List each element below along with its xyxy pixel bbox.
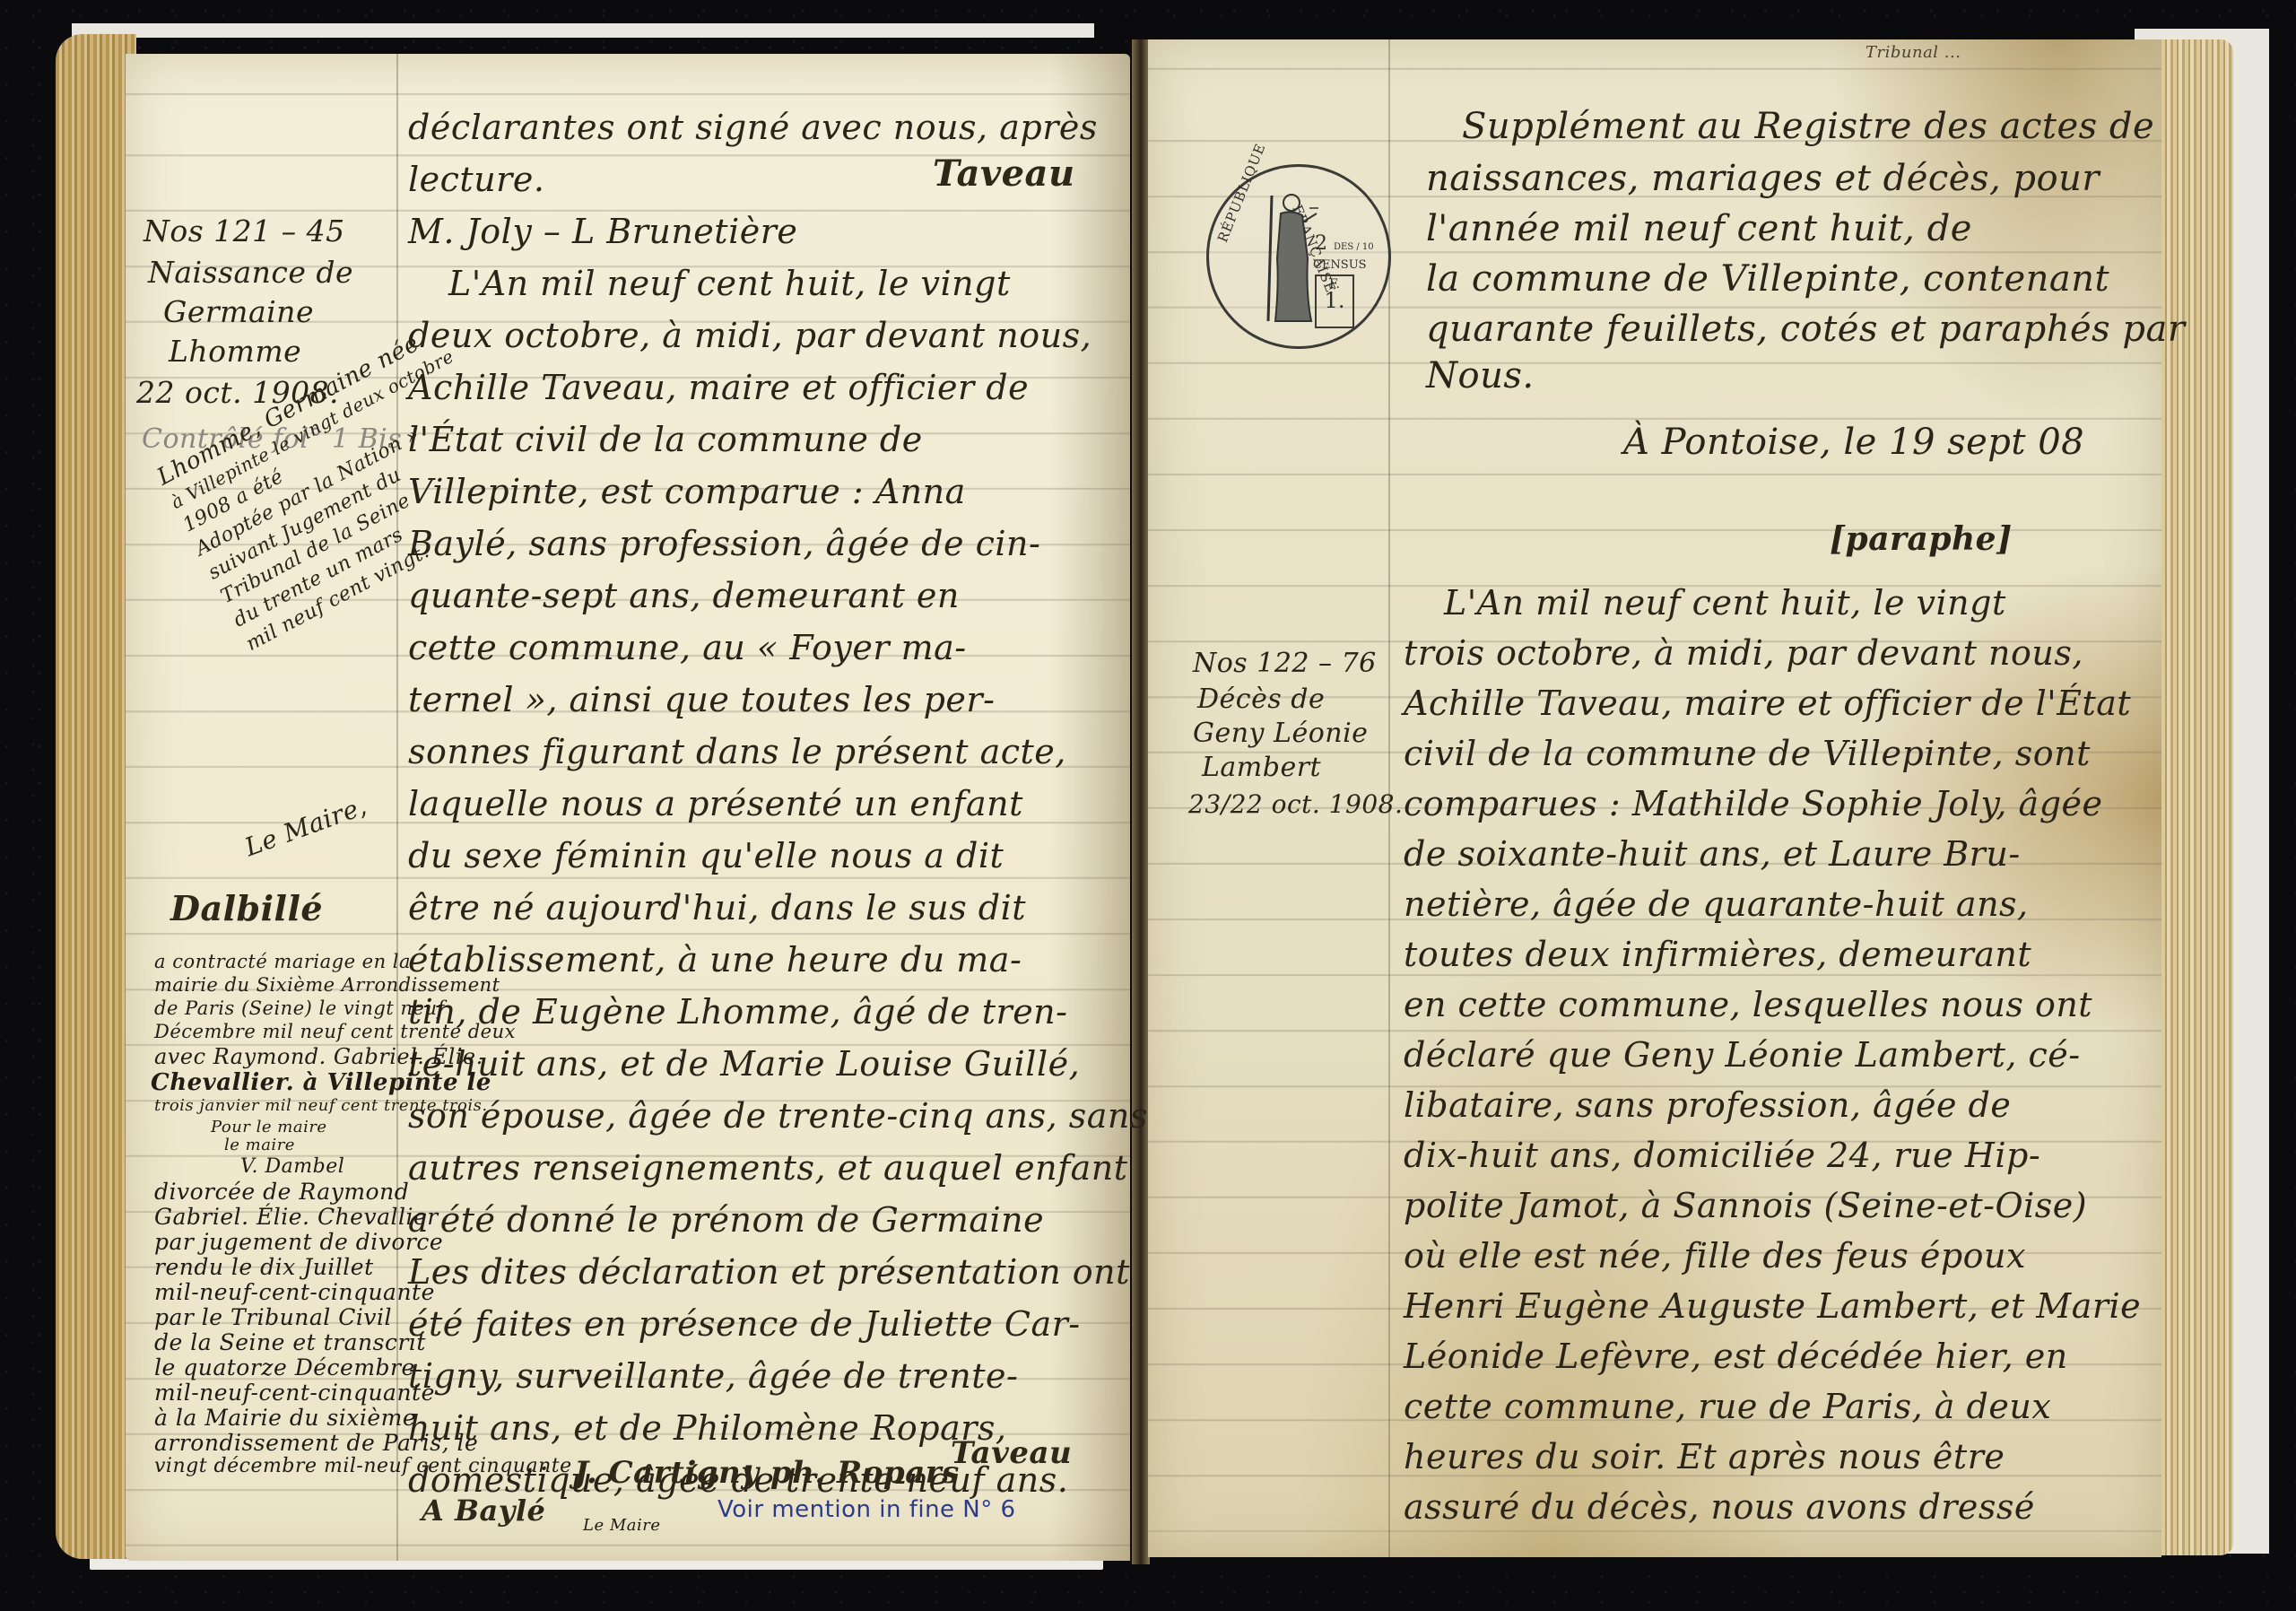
marriage-line: avec Raymond. Gabriel. Élie. xyxy=(154,1044,483,1069)
body-line: libataire, sans profession, âgée de xyxy=(1404,1085,2011,1125)
body-line: été faites en présence de Juliette Car- xyxy=(408,1304,1081,1344)
body-line: sonnes figurant dans le présent acte, xyxy=(408,732,1066,771)
body-line: où elle est née, fille des feus époux xyxy=(1404,1236,2026,1276)
body-line: toutes deux infirmières, demeurant xyxy=(1404,935,2031,974)
body-line: comparues : Mathilde Sophie Joly, âgée xyxy=(1404,784,2103,823)
divorce-line: divorcée de Raymond xyxy=(154,1179,409,1205)
divorce-line: vingt décembre mil-neuf cent cinquante xyxy=(154,1455,572,1477)
body-line: netière, âgée de quarante-huit ans, xyxy=(1404,884,2029,924)
divorce-line: de la Seine et transcrit xyxy=(154,1329,426,1355)
body-line: son épouse, âgée de trente-cinq ans, san… xyxy=(408,1096,1148,1136)
body-line: heures du soir. Et après nous être xyxy=(1404,1437,2005,1476)
place-and-date: À Pontoise, le 19 sept 08 xyxy=(1623,422,2084,463)
body-line: déclaré que Geny Léonie Lambert, cé- xyxy=(1404,1035,2081,1075)
margin-entry-first-name: Geny Léonie xyxy=(1193,718,1368,749)
body-line: Léonide Lefèvre, est décédée hier, en xyxy=(1404,1337,2068,1376)
marriage-line: Décembre mil neuf cent trente deux xyxy=(154,1021,516,1042)
body-line: être né aujourd'hui, dans le sus dit xyxy=(408,888,1026,927)
body-line: Les dites déclaration et présentation on… xyxy=(408,1252,1130,1292)
body-line: autres renseignements, et auquel enfant xyxy=(408,1148,1128,1188)
signature-witnesses: J. Cartigny ph. Ropars xyxy=(574,1455,960,1491)
body-line: polite Jamot, à Sannois (Seine-et-Oise) xyxy=(1404,1186,2087,1225)
margin-entry-number: Nos 121 – 45 xyxy=(143,213,345,248)
margin-entry-last-name: Lambert xyxy=(1202,752,1321,783)
signature-mayor-bottom: Taveau xyxy=(951,1435,1072,1471)
body-line: huit ans, et de Philomène Ropars, xyxy=(408,1408,1006,1448)
divorce-line: arrondissement de Paris, le xyxy=(154,1430,478,1456)
body-line: assuré du décès, nous avons dressé xyxy=(1404,1487,2035,1527)
body-line: en cette commune, lesquelles nous ont xyxy=(1404,985,2092,1024)
blue-ink-note: Voir mention in fine N° 6 xyxy=(717,1496,1016,1523)
body-line: dix-huit ans, domiciliée 24, rue Hip- xyxy=(1404,1136,2040,1175)
mount-sheet-top xyxy=(72,23,1094,38)
top-edge-note: Tribunal ... xyxy=(1865,43,1961,62)
margin-entry-number: Nos 122 – 76 xyxy=(1193,648,1377,679)
divorce-line: par jugement de divorce xyxy=(154,1229,443,1255)
marriage-line: Pour le maire xyxy=(211,1118,327,1136)
divorce-line: rendu le dix Juillet xyxy=(154,1254,374,1280)
stamp-value: 2 DES / 10 xyxy=(1315,234,1374,254)
stamp-value-box: F. 1. xyxy=(1315,274,1354,328)
divorce-line: mil-neuf-cent-cinquante xyxy=(154,1279,435,1305)
marriage-line: de Paris (Seine) le vingt neuf xyxy=(154,997,445,1019)
body-line: te-huit ans, et de Marie Louise Guillé, xyxy=(408,1044,1080,1084)
header-line: la commune de Villepinte, contenant xyxy=(1426,258,2109,300)
marianne-figure-icon xyxy=(1265,187,1318,330)
header-line: naissances, mariages et décès, pour xyxy=(1426,158,2100,199)
body-line: déclarantes ont signé avec nous, après xyxy=(408,108,1098,147)
book-page-edges-left xyxy=(56,34,136,1559)
body-line: L'An mil neuf cent huit, le vingt xyxy=(1444,583,2006,623)
marriage-line: Chevallier. à Villepinte le xyxy=(151,1069,491,1096)
header-line: Supplément au Registre des actes de xyxy=(1462,106,2154,147)
book-gutter xyxy=(1132,39,1150,1564)
body-line: civil de la commune de Villepinte, sont xyxy=(1404,734,2091,773)
stamp-box-number: 1. xyxy=(1317,292,1352,309)
body-line: de soixante-huit ans, et Laure Bru- xyxy=(1404,834,2021,874)
margin-entry-date: 23/22 oct. 1908. xyxy=(1188,789,1403,819)
body-line: deux octobre, à midi, par devant nous, xyxy=(408,316,1091,355)
margin-entry-title: Naissance de xyxy=(148,255,353,290)
stamp-value-fraction: DES / 10 xyxy=(1334,242,1374,252)
republique-francaise-tax-stamp: RÉPUBLIQUE FRANÇAISE 2 DES / 10 CENSUS F… xyxy=(1206,164,1391,349)
divorce-line: Gabriel. Élie. Chevallier xyxy=(154,1204,439,1230)
body-line: L'An mil neuf cent huit, le vingt xyxy=(448,264,1011,303)
body-line: du sexe féminin qu'elle nous a dit xyxy=(408,836,1004,875)
marriage-line: mairie du Sixième Arrondissement xyxy=(154,974,500,996)
signature-adoption-mayor: Dalbillé xyxy=(170,888,323,928)
margin-entry-first-name: Germaine xyxy=(163,294,314,329)
body-line: M. Joly – L Brunetière xyxy=(408,212,797,251)
body-line: laquelle nous a présenté un enfant xyxy=(408,784,1023,823)
header-line: Nous. xyxy=(1426,355,1535,396)
divorce-line: le quatorze Décembre xyxy=(154,1354,415,1380)
body-line: l'État civil de la commune de xyxy=(408,420,923,459)
marriage-line: trois janvier mil neuf cent trente trois… xyxy=(154,1096,488,1115)
marriage-line: le maire xyxy=(224,1136,295,1154)
body-line: Henri Eugène Auguste Lambert, et Marie xyxy=(1404,1286,2141,1326)
body-line: lecture. xyxy=(408,160,544,199)
divorce-mayor-label: Le Maire xyxy=(583,1516,661,1535)
body-line: a été donné le prénom de Germaine xyxy=(408,1200,1044,1240)
paraph-mark: [paraphe] xyxy=(1830,520,2013,558)
margin-entry-last-name: Lhomme xyxy=(169,334,301,369)
body-line: tigny, surveillante, âgée de trente- xyxy=(408,1356,1018,1396)
signature-dambel: V. Dambel xyxy=(240,1155,344,1178)
divorce-line: par le Tribunal Civil xyxy=(154,1304,392,1330)
marriage-line: a contracté mariage en la xyxy=(154,951,411,972)
signature-mayor-top: Taveau xyxy=(933,152,1075,195)
body-line: Achille Taveau, maire et officier de l'É… xyxy=(1404,684,2131,723)
divorce-line: mil-neuf-cent-cinquante xyxy=(154,1380,435,1406)
stamp-census-label: CENSUS xyxy=(1313,258,1367,272)
signature-declarant: A Baylé xyxy=(422,1493,545,1528)
body-line: trois octobre, à midi, par devant nous, xyxy=(1404,633,2083,673)
margin-entry-title: Décès de xyxy=(1197,684,1325,715)
body-line: cette commune, rue de Paris, à deux xyxy=(1404,1387,2051,1426)
stamp-value-number: 2 xyxy=(1315,232,1327,255)
header-line: quarante feuillets, cotés et paraphés pa… xyxy=(1426,309,2185,350)
header-line: l'année mil neuf cent huit, de xyxy=(1426,208,1972,249)
body-line: Achille Taveau, maire et officier de xyxy=(408,368,1029,407)
book-page-edges-right xyxy=(2161,39,2233,1555)
divorce-line: à la Mairie du sixième xyxy=(154,1405,416,1431)
